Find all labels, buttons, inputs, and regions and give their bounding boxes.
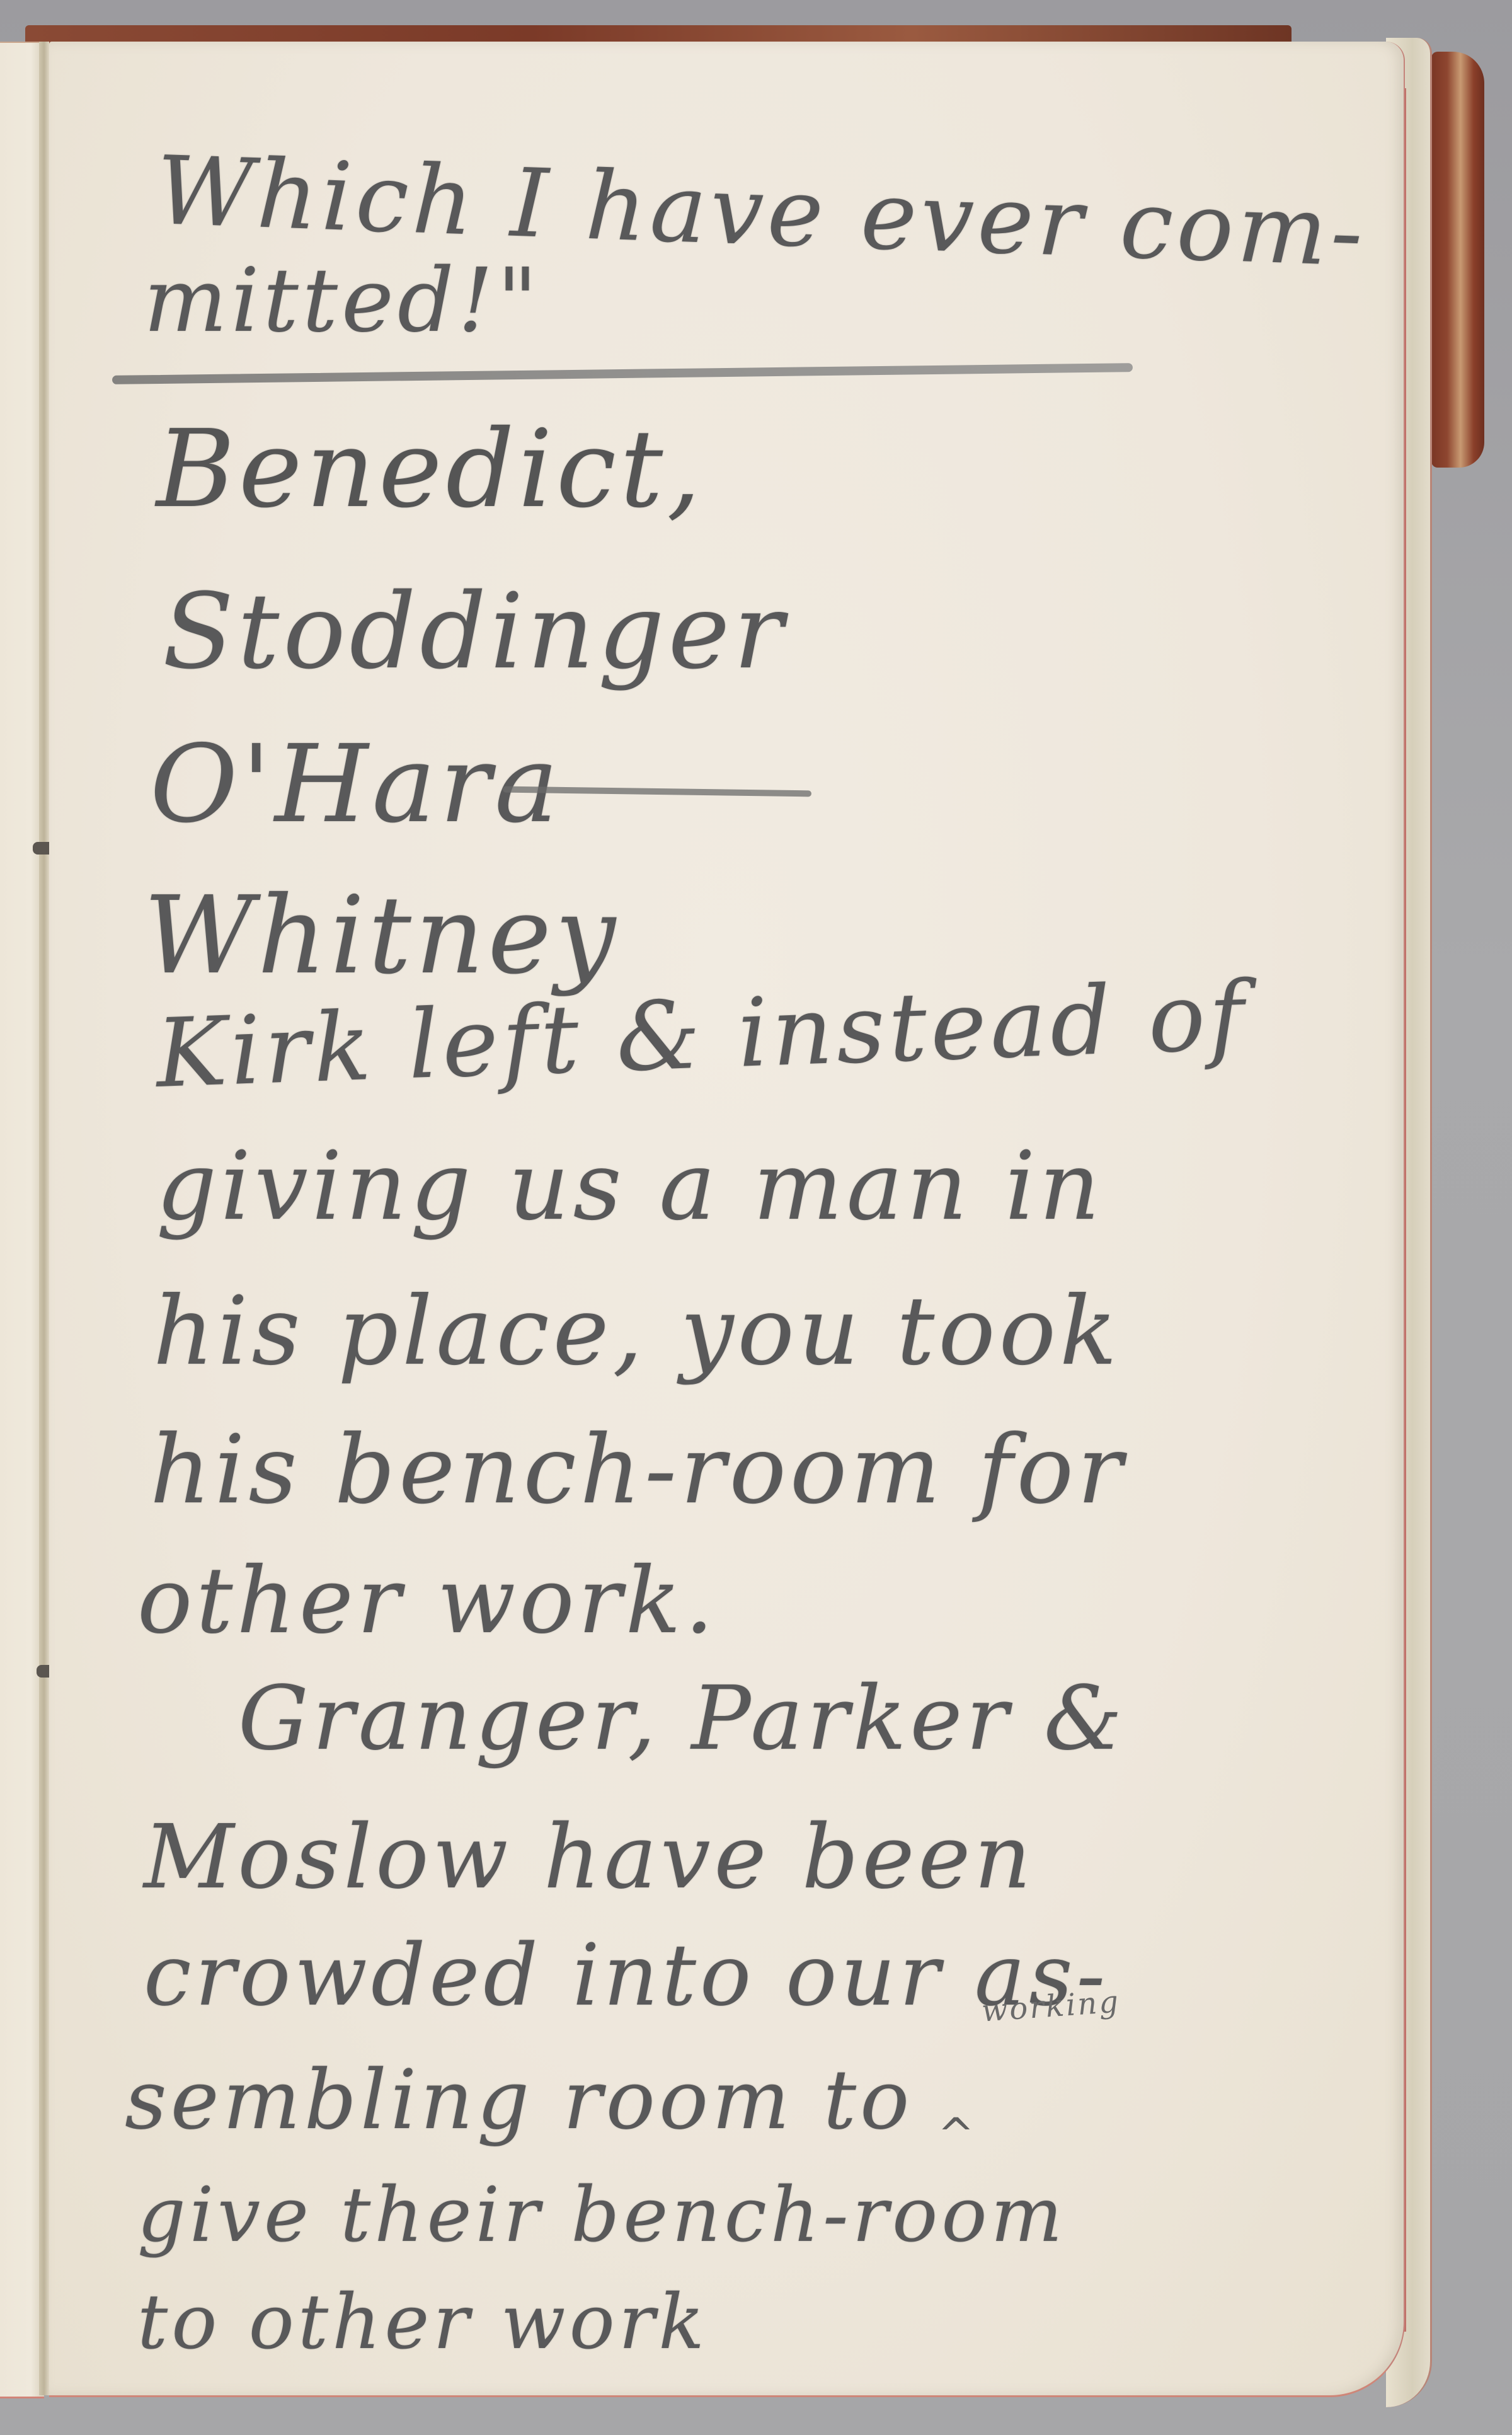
text-line: sembling room to (125, 2052, 913, 2148)
horizontal-divider (112, 363, 1133, 384)
binding-gutter (39, 42, 49, 2395)
notebook-page: Which I have ever com- mitted!" Benedict… (49, 42, 1405, 2397)
leather-spine-tab (1431, 52, 1484, 468)
text-line: his place, you took (153, 1277, 1121, 1386)
text-line: crowded into our as- (144, 1926, 1109, 2025)
text-line: mitted!" (144, 250, 541, 352)
text-line: other work. (137, 1548, 718, 1654)
handwritten-text: Which I have ever com- mitted!" Benedict… (49, 42, 1404, 2395)
text-line: give their bench-room (137, 2172, 1066, 2259)
text-line: O'Hara (150, 722, 562, 847)
text-line: giving us a man in (156, 1132, 1104, 1241)
text-line: Whitney (144, 873, 619, 998)
text-line: Stoddinger (163, 571, 787, 692)
text-line: to other work (137, 2279, 708, 2366)
text-line: his bench-room for (150, 1415, 1126, 1525)
text-line: Granger, Parker & (238, 1667, 1126, 1770)
text-line: Benedict, (156, 407, 704, 532)
insertion-caret: ^ (937, 2109, 975, 2160)
text-line: Moslow have been (144, 1806, 1034, 1909)
facing-page-left (0, 42, 44, 2398)
